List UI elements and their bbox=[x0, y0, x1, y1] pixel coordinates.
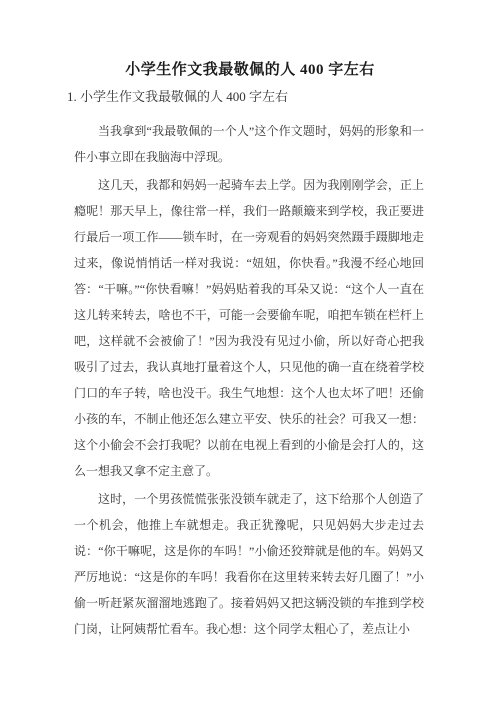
document-page: 小学生作文我最敬佩的人 400 字左右 1. 小学生作文我最敬佩的人 400 字… bbox=[0, 0, 500, 707]
document-title: 小学生作文我最敬佩的人 400 字左右 bbox=[0, 0, 500, 83]
essay-paragraph-3: 这时，一个男孩慌慌张张没锁车就走了，这下给那个人创造了一个机会，他推上车就想走。… bbox=[74, 486, 424, 642]
essay-body: 当我拿到“我最敬佩的一个人”这个作文题时，妈妈的形象和一件小事立即在我脑海中浮现… bbox=[74, 118, 424, 642]
essay-paragraph-1: 当我拿到“我最敬佩的一个人”这个作文题时，妈妈的形象和一件小事立即在我脑海中浮现… bbox=[74, 118, 424, 170]
section-heading: 1. 小学生作文我最敬佩的人 400 字左右 bbox=[67, 87, 500, 107]
essay-paragraph-2: 这几天，我都和妈妈一起骑车去上学。因为我刚刚学会，正上瘾呢！那天早上，像往常一样… bbox=[74, 172, 424, 484]
